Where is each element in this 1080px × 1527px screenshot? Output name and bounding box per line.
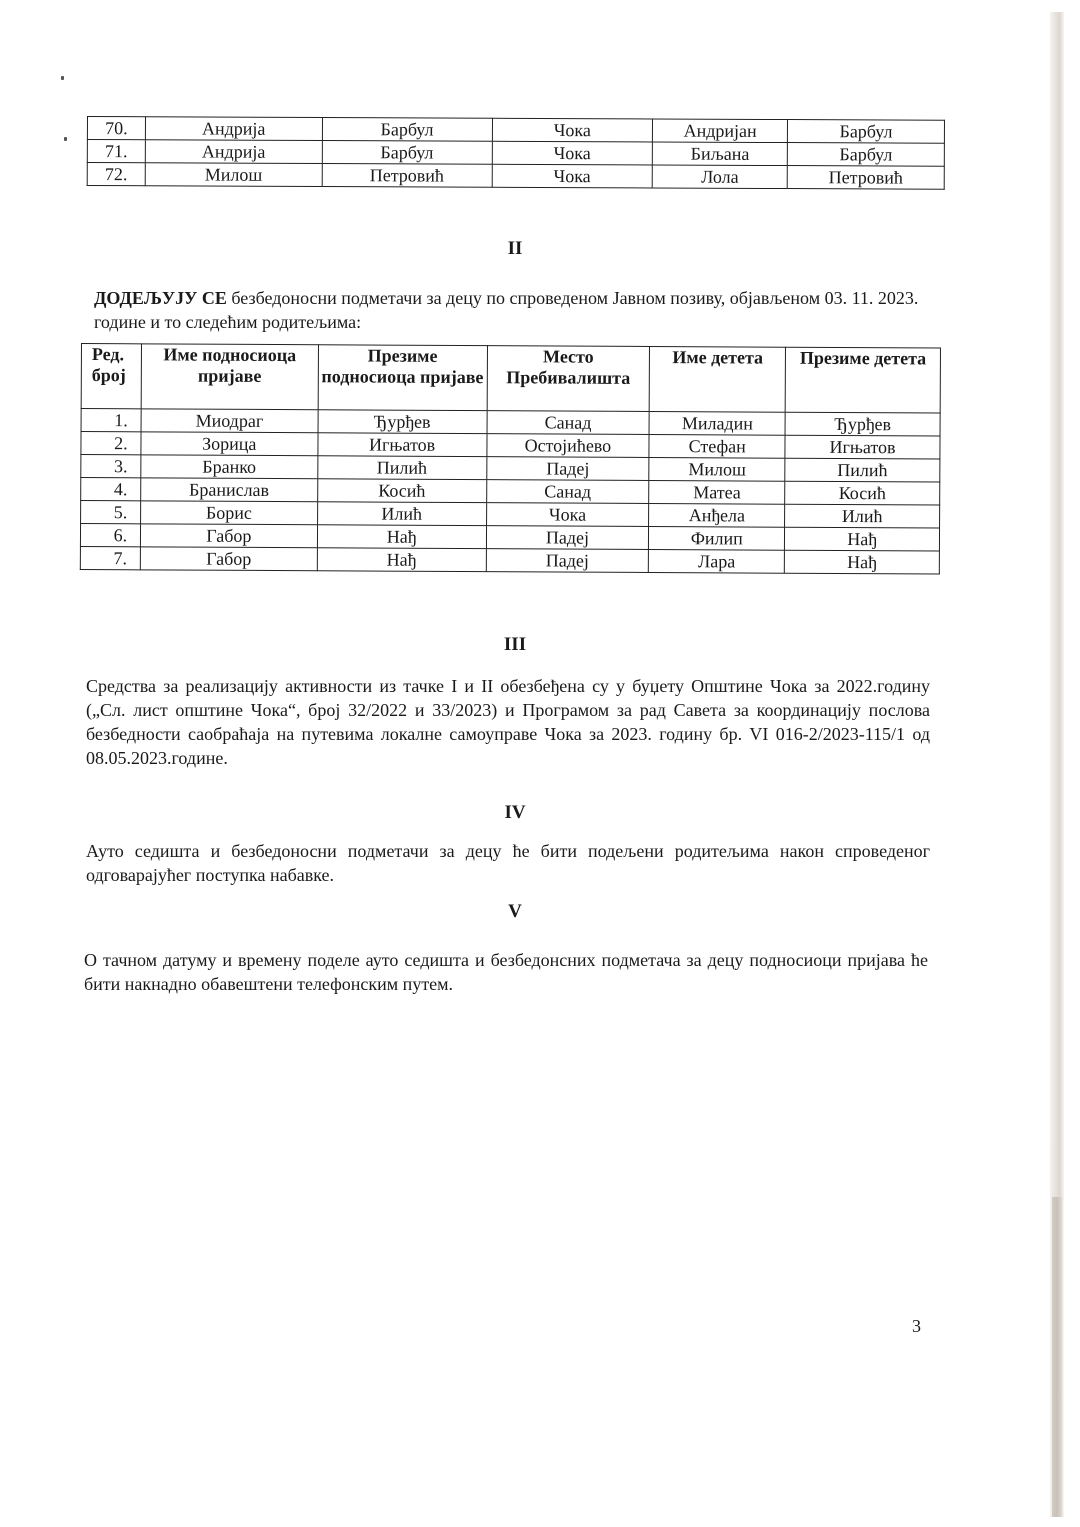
cell-child-first-name: Матеа: [649, 480, 785, 504]
cell-residence: Санад: [486, 480, 649, 504]
cell-applicant-first-name: Миодраг: [141, 409, 318, 433]
cell-applicant-last-name: Ђурђев: [318, 410, 487, 434]
cell-child-last-name: Пилић: [785, 458, 940, 482]
cell-applicant-last-name: Косић: [317, 479, 486, 503]
cell-child-last-name: Петровић: [787, 166, 944, 190]
table-row: 70.АндријаБарбулЧокаАндријанБарбул: [87, 117, 944, 144]
cell-residence: Падеј: [486, 526, 649, 550]
cell-child-first-name: Анђела: [649, 503, 785, 527]
cell-applicant-first-name: Габор: [140, 547, 317, 571]
cell-residence: Санад: [487, 411, 650, 435]
section-heading-ii: II: [0, 238, 1030, 260]
cell-applicant-first-name: Андрија: [145, 140, 322, 164]
scan-edge-shadow: [1050, 12, 1064, 1517]
section-v-paragraph: О тачном датуму и времену поделе ауто се…: [84, 948, 928, 996]
cell-child-last-name: Нађ: [785, 550, 940, 574]
cell-child-last-name: Игњатов: [785, 435, 940, 459]
cell-child-first-name: Миладин: [649, 411, 785, 435]
cell-order-number: 3.: [81, 455, 141, 478]
header-order-number: Ред. број: [81, 344, 141, 409]
cell-child-first-name: Андријан: [653, 119, 788, 143]
section-iv-paragraph: Ауто седишта и безбедоносни подметачи за…: [86, 839, 930, 887]
cell-child-last-name: Ђурђев: [785, 412, 940, 436]
cell-order-number: 2.: [81, 432, 141, 455]
table-row: 72.МилошПетровићЧокаЛолаПетровић: [87, 163, 944, 190]
section-iii-paragraph: Средства за реализацију активности из та…: [86, 674, 930, 770]
table-row: 7.ГаборНађПадејЛараНађ: [80, 546, 939, 573]
cell-applicant-last-name: Барбул: [322, 118, 492, 142]
cell-child-first-name: Лола: [652, 165, 787, 189]
table-header-row: Ред. број Име подносиоца пријаве Презиме…: [81, 344, 940, 413]
cell-order-number: 70.: [87, 117, 145, 140]
cell-applicant-first-name: Бранислав: [141, 478, 318, 502]
cell-applicant-last-name: Игњатов: [318, 433, 487, 457]
cell-child-first-name: Биљана: [653, 142, 788, 166]
cell-applicant-first-name: Борис: [141, 501, 318, 525]
cell-order-number: 72.: [87, 163, 145, 186]
cell-applicant-last-name: Илић: [317, 502, 486, 526]
table-row: 71.АндријаБарбулЧокаБиљанаБарбул: [87, 140, 944, 167]
cell-order-number: 7.: [80, 546, 140, 569]
cell-applicant-first-name: Бранко: [141, 455, 318, 479]
cell-child-first-name: Стефан: [649, 434, 785, 458]
cell-applicant-first-name: Андрија: [145, 117, 322, 141]
cell-child-last-name: Барбул: [788, 120, 945, 144]
cell-child-first-name: Филип: [649, 526, 785, 550]
cell-child-first-name: Милош: [649, 457, 785, 481]
section-heading-iv: IV: [0, 802, 1030, 824]
cell-child-last-name: Илић: [785, 504, 940, 528]
header-applicant-first-name: Име подносиоца пријаве: [141, 344, 318, 410]
cell-child-last-name: Нађ: [785, 527, 940, 551]
cell-applicant-last-name: Пилић: [318, 456, 487, 480]
scan-speck: [61, 76, 64, 80]
header-child-first-name: Име детета: [650, 346, 786, 412]
cell-applicant-first-name: Зорица: [141, 432, 318, 456]
cell-applicant-first-name: Габор: [140, 524, 317, 548]
scan-speck: [64, 137, 67, 141]
cell-applicant-first-name: Милош: [145, 163, 322, 187]
section-ii-lead: ДОДЕЉУЈУ СЕ: [94, 288, 227, 308]
cell-order-number: 5.: [81, 501, 141, 524]
cell-child-first-name: Лара: [649, 549, 785, 573]
cell-applicant-last-name: Нађ: [317, 548, 486, 572]
header-child-last-name: Презиме детета: [785, 347, 940, 413]
page-number: 3: [912, 1316, 921, 1337]
cell-residence: Остојићево: [486, 434, 649, 458]
section-ii-paragraph: ДОДЕЉУЈУ СЕ безбедоносни подметачи за де…: [94, 286, 934, 334]
cell-residence: Чока: [492, 118, 653, 142]
cell-residence: Падеј: [486, 549, 649, 573]
recipients-table-continuation: 70.АндријаБарбулЧокаАндријанБарбул71.Анд…: [87, 116, 945, 190]
cell-residence: Падеј: [486, 457, 649, 481]
cell-child-last-name: Косић: [785, 481, 940, 505]
section-heading-iii: III: [0, 634, 1030, 656]
cell-child-last-name: Барбул: [787, 143, 944, 167]
header-applicant-last-name: Презиме подносиоца пријаве: [318, 345, 487, 411]
cell-applicant-last-name: Нађ: [317, 525, 486, 549]
seat-cushion-recipients-table: Ред. број Име подносиоца пријаве Презиме…: [80, 343, 941, 574]
cell-applicant-last-name: Петровић: [322, 164, 492, 188]
cell-order-number: 6.: [80, 524, 140, 547]
cell-residence: Чока: [492, 141, 653, 165]
section-heading-v: V: [0, 901, 1030, 923]
header-residence: Место Пребивалишта: [487, 346, 650, 412]
cell-residence: Чока: [492, 164, 653, 188]
cell-order-number: 1.: [81, 409, 141, 432]
cell-order-number: 4.: [81, 478, 141, 501]
cell-residence: Чока: [486, 503, 649, 527]
cell-order-number: 71.: [87, 140, 145, 163]
cell-applicant-last-name: Барбул: [322, 141, 492, 165]
